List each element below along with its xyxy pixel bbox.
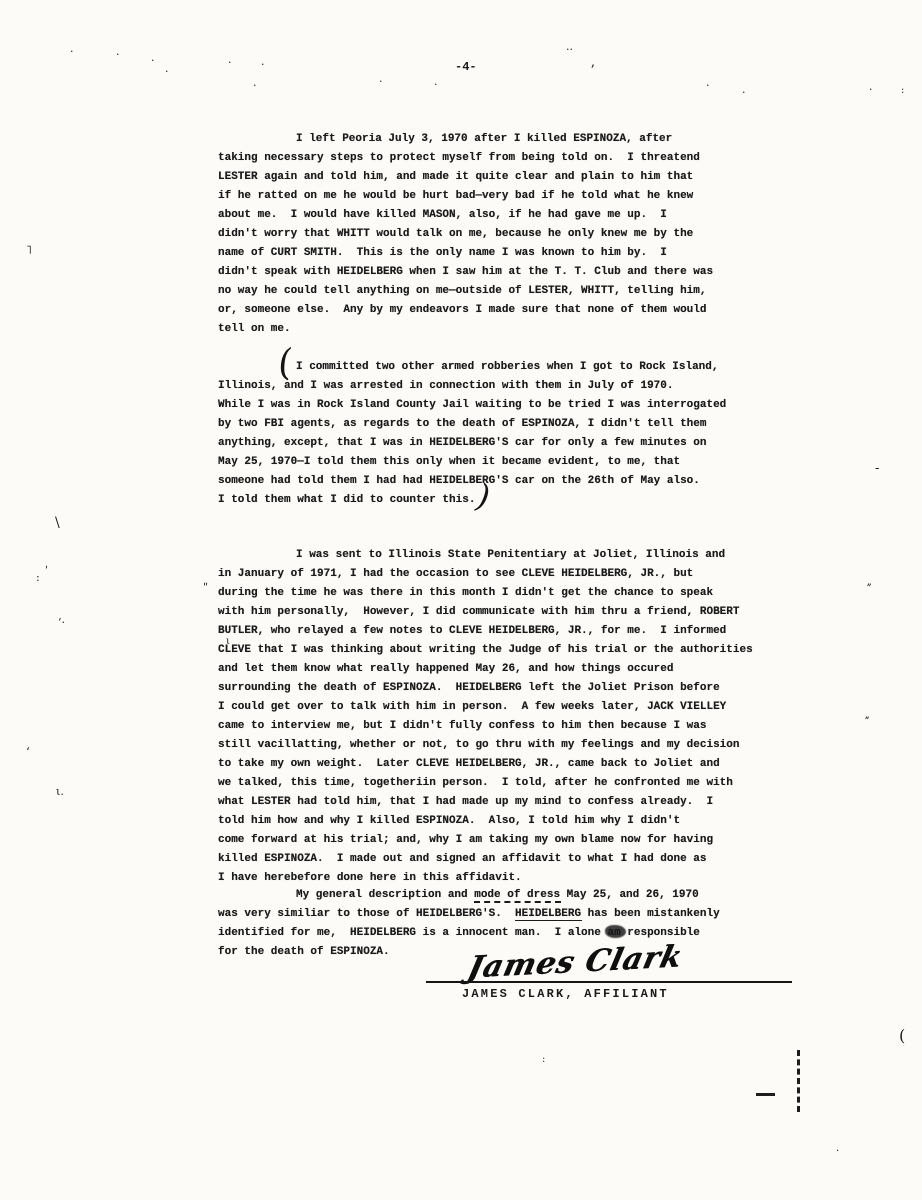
ink-mark: · xyxy=(706,80,710,91)
text-line: or, someone else. Any by my endeavors I … xyxy=(218,301,713,320)
text-line: I could get over to talk with him in per… xyxy=(218,698,753,717)
ink-mark: · xyxy=(836,1147,839,1157)
text-line: didn't speak with HEIDELBERG when I saw … xyxy=(218,263,713,282)
ink-mark: ʻ xyxy=(26,746,30,758)
text-line: about me. I would have killed MASON, als… xyxy=(218,206,713,225)
text-line: While I was in Rock Island County Jail w… xyxy=(218,396,726,415)
text-line: come forward at his trial; and, why I am… xyxy=(218,831,753,850)
ink-mark: · xyxy=(253,80,257,91)
ink-mark: · xyxy=(261,59,265,70)
text-line: told him how and why I killed ESPINOZA. … xyxy=(218,812,753,831)
ink-mark: ʺ xyxy=(203,583,208,594)
ink-mark: : xyxy=(36,572,40,583)
ink-mark: ( xyxy=(899,1028,905,1044)
underline-mode-of-dress xyxy=(474,901,561,903)
ink-blot-overstrike xyxy=(605,925,626,938)
text-line: and let them know what really happened M… xyxy=(218,660,753,679)
ink-mark: · xyxy=(228,57,232,68)
ink-mark: - xyxy=(875,462,879,475)
affiant-typed-name: JAMES CLARK, AFFILIANT xyxy=(462,987,669,1001)
ink-mark: ʼ xyxy=(590,64,594,78)
text-line: CLEVE that I was thinking about writing … xyxy=(218,641,753,660)
text-line: didn't worry that WHITT would talk on me… xyxy=(218,225,713,244)
ink-mark: · xyxy=(379,76,383,87)
ink-mark: · xyxy=(151,55,155,66)
signature-line xyxy=(426,981,792,983)
ink-mark: ˮ xyxy=(866,583,871,594)
text-line: killed ESPINOZA. I made out and signed a… xyxy=(218,850,753,869)
text-line: I left Peoria July 3, 1970 after I kille… xyxy=(218,130,713,149)
text-line: we talked, this time, togetheriin person… xyxy=(218,774,753,793)
underline-heidelberg xyxy=(515,920,582,921)
ink-mark: ι. xyxy=(56,786,64,797)
ink-mark: ι xyxy=(226,637,230,647)
text-line: Illinois, and I was arrested in connecti… xyxy=(218,377,726,396)
text-line: LESTER again and told him, and made it q… xyxy=(218,168,713,187)
text-line: surrounding the death of ESPINOZA. HEIDE… xyxy=(218,679,753,698)
ink-mark: ʻ· xyxy=(58,617,65,628)
text-line: name of CURT SMITH. This is the only nam… xyxy=(218,244,713,263)
text-line: BUTLER, who relayed a few notes to CLEVE… xyxy=(218,622,753,641)
ink-mark: · xyxy=(742,87,746,98)
text-line: during the time he was there in this mon… xyxy=(218,584,753,603)
text-line: what LESTER had told him, that I had mad… xyxy=(218,793,753,812)
page-number: -4- xyxy=(455,60,477,74)
text-line: taking necessary steps to protect myself… xyxy=(218,149,713,168)
ink-mark: ˮ xyxy=(864,716,869,727)
ink-mark: · xyxy=(434,79,438,90)
text-line: in January of 1971, I had the occasion t… xyxy=(218,565,753,584)
text-line: I committed two other armed robberies wh… xyxy=(218,358,726,377)
ink-mark: ·· xyxy=(566,44,573,55)
text-line: May 25, 1970—I told them this only when … xyxy=(218,453,726,472)
ink-mark: · xyxy=(70,46,74,57)
paragraph-1: I left Peoria July 3, 1970 after I kille… xyxy=(218,130,713,339)
text-line: with him personally, However, I did comm… xyxy=(218,603,753,622)
paragraph-2: I committed two other armed robberies wh… xyxy=(218,358,726,510)
text-line: still vacillatting, whether or not, to g… xyxy=(218,736,753,755)
text-line: identified for me, HEIDELBERG is a innoc… xyxy=(218,924,720,943)
text-line: I was sent to Illinois State Penitentiar… xyxy=(218,546,753,565)
ink-mark: \ xyxy=(55,516,60,530)
text-line: was very similiar to those of HEIDELBERG… xyxy=(218,905,720,924)
ink-mark: · xyxy=(116,49,120,60)
text-line: tell on me. xyxy=(218,320,713,339)
text-line: anything, except, that I was in HEIDELBE… xyxy=(218,434,726,453)
text-line: to take my own weight. Later CLEVE HEIDE… xyxy=(218,755,753,774)
text-line: My general description and mode of dress… xyxy=(218,886,720,905)
scanned-affidavit-page: -4- I left Peoria July 3, 1970 after I k… xyxy=(0,0,922,1200)
text-line: someone had told them I had had HEIDELBE… xyxy=(218,472,726,491)
ink-mark: · xyxy=(165,66,169,77)
paragraph-3: I was sent to Illinois State Penitentiar… xyxy=(218,546,753,888)
ink-mark: : xyxy=(901,86,904,96)
text-line: came to interview me, but I didn't fully… xyxy=(218,717,753,736)
text-line: by two FBI agents, as regards to the dea… xyxy=(218,415,726,434)
text-line: no way he could tell anything on me—outs… xyxy=(218,282,713,301)
margin-dashed-line xyxy=(797,1050,800,1112)
text-line: if he ratted on me he would be hurt bad—… xyxy=(218,187,713,206)
text-line: I told them what I did to counter this. xyxy=(218,491,726,510)
ink-mark: ʹ xyxy=(45,566,48,577)
ink-mark: : xyxy=(542,1055,545,1065)
handwritten-open-paren: ( xyxy=(276,345,294,382)
ink-mark: · xyxy=(869,84,873,95)
ink-mark: ˥ xyxy=(26,244,32,256)
margin-dash xyxy=(756,1093,775,1096)
